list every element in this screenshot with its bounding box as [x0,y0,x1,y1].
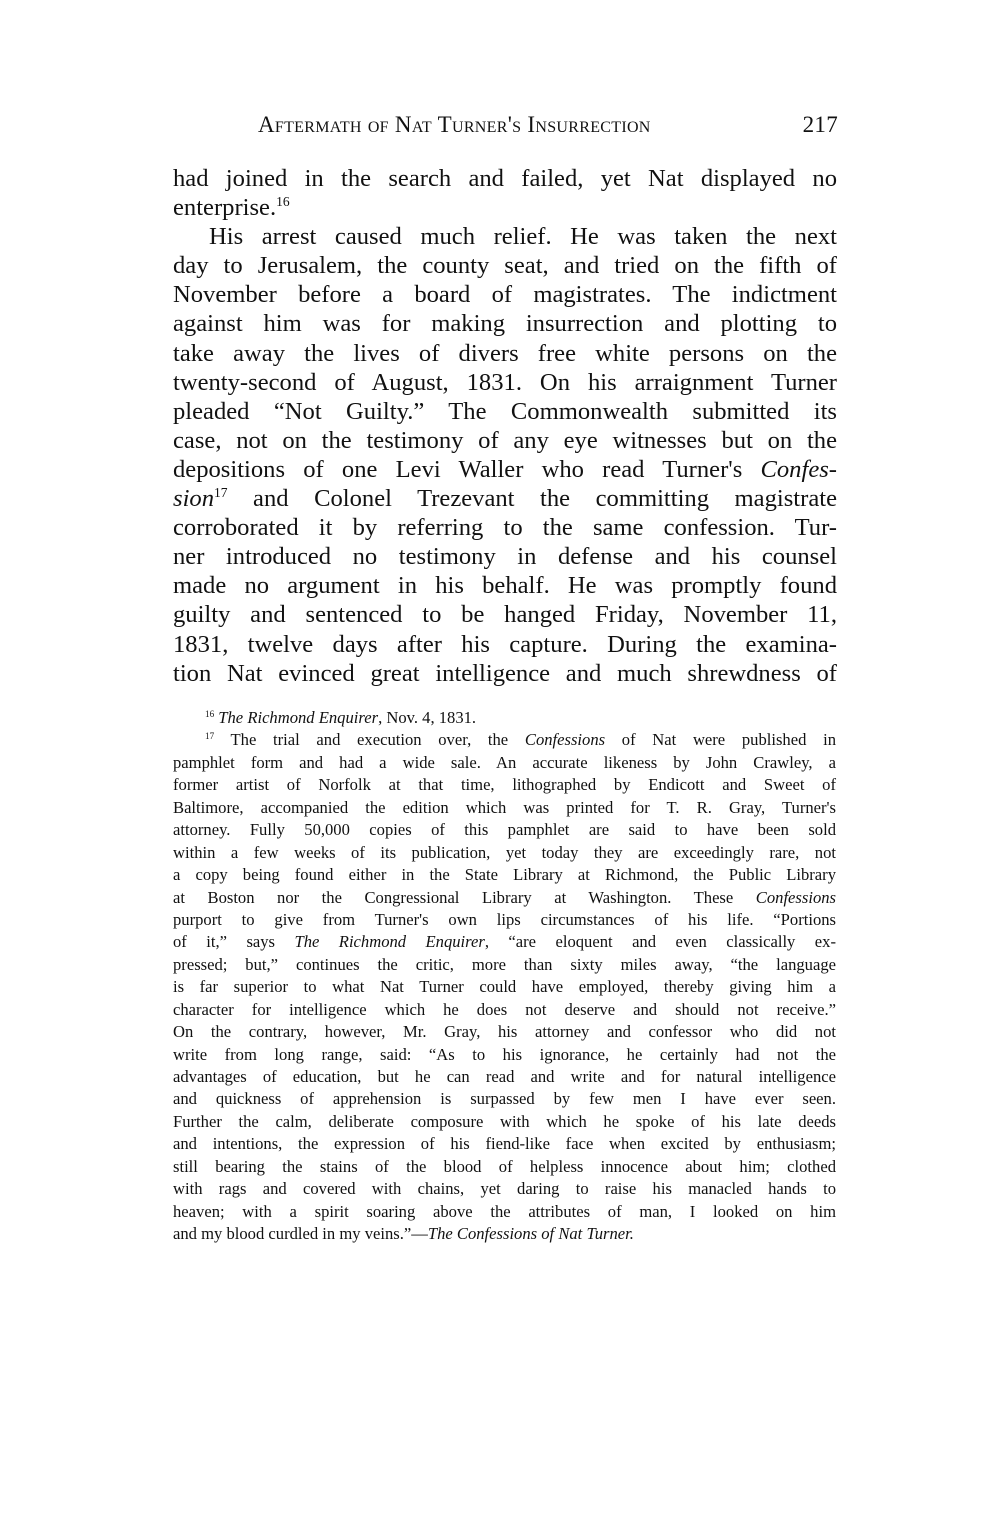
body-line: sion17 and Colonel Trezevant the committ… [173,484,837,513]
body-line: pleaded “Not Guilty.” The Commonwealth s… [173,397,837,426]
footnote-ref-17[interactable]: 17 [214,485,228,500]
footnote-line: former artist of Norfolk at that time, l… [173,774,836,796]
body-line: ner introduced no testimony in defense a… [173,542,837,571]
body-line: made no argument in his behalf. He was p… [173,571,837,600]
footnote-line: write from long range, said: “As to his … [173,1044,836,1066]
italic-title: sion [173,485,214,512]
body-line: twenty-second of August, 1831. On his ar… [173,368,837,397]
body-line: day to Jerusalem, the county seat, and t… [173,251,837,280]
body-line: against him was for making insurrection … [173,309,837,338]
footnote-marker: 17 [205,731,214,741]
italic-title: Confes- [760,456,837,483]
footnote-line: purport to give from Turner's own lips c… [173,909,836,931]
footnote-line: within a few weeks of its publication, y… [173,842,836,864]
footnotes: 16 The Richmond Enquirer, Nov. 4, 1831. … [173,707,836,1246]
footnote-17: 17 The trial and execution over, the Con… [173,729,836,751]
book-page: Aftermath of Nat Turner's Insurrection 2… [0,0,1000,1520]
footnote-line: attorney. Fully 50,000 copies of this pa… [173,819,836,841]
body-line: take away the lives of divers free white… [173,339,837,368]
footnote-line: heaven; with a spirit soaring above the … [173,1201,836,1223]
paragraph-start: His arrest caused much relief. He was ta… [173,222,837,251]
body-line: tion Nat evinced great intelligence and … [173,659,837,688]
body-line: case, not on the testimony of any eye wi… [173,426,837,455]
body-line: November before a board of magistrates. … [173,280,837,309]
footnote-line: with rags and covered with chains, yet d… [173,1178,836,1200]
chapter-title: Aftermath of Nat Turner's Insurrection [258,112,651,138]
footnote-line: is far superior to what Nat Turner could… [173,976,836,998]
page-number: 217 [803,112,838,138]
footnote-line: of it,” says The Richmond Enquirer, “are… [173,931,836,953]
source-citation: The Confessions of Nat Turner. [428,1224,634,1243]
body-line: had joined in the search and failed, yet… [173,164,837,193]
footnote-line: and my blood curdled in my veins.”—The C… [173,1223,836,1245]
footnote-line: pamphlet form and had a wide sale. An ac… [173,752,836,774]
body-line: enterprise.16 [173,193,837,222]
footnote-line: and intentions, the expression of his fi… [173,1133,836,1155]
running-head: Aftermath of Nat Turner's Insurrection 2… [258,112,838,144]
body-line: depositions of one Levi Waller who read … [173,455,837,484]
footnote-16: 16 The Richmond Enquirer, Nov. 4, 1831. [173,707,836,729]
footnote-line: pressed; but,” continues the critic, mor… [173,954,836,976]
footnote-line: a copy being found either in the State L… [173,864,836,886]
body-text: had joined in the search and failed, yet… [173,164,837,688]
footnote-line: character for intelligence which he does… [173,999,836,1021]
footnote-line: Baltimore, accompanied the edition which… [173,797,836,819]
body-line: guilty and sentenced to be hanged Friday… [173,600,837,629]
footnote-line: and quickness of apprehension is surpass… [173,1088,836,1110]
footnote-marker: 16 [205,709,214,719]
footnote-line: still bearing the stains of the blood of… [173,1156,836,1178]
footnote-line: On the contrary, however, Mr. Gray, his … [173,1021,836,1043]
footnote-line: advantages of education, but he can read… [173,1066,836,1088]
footnote-ref-16[interactable]: 16 [276,194,290,209]
footnote-line: Further the calm, deliberate composure w… [173,1111,836,1133]
body-line: 1831, twelve days after his capture. Dur… [173,630,837,659]
footnote-line: at Boston nor the Congressional Library … [173,887,836,909]
body-line: corroborated it by referring to the same… [173,513,837,542]
